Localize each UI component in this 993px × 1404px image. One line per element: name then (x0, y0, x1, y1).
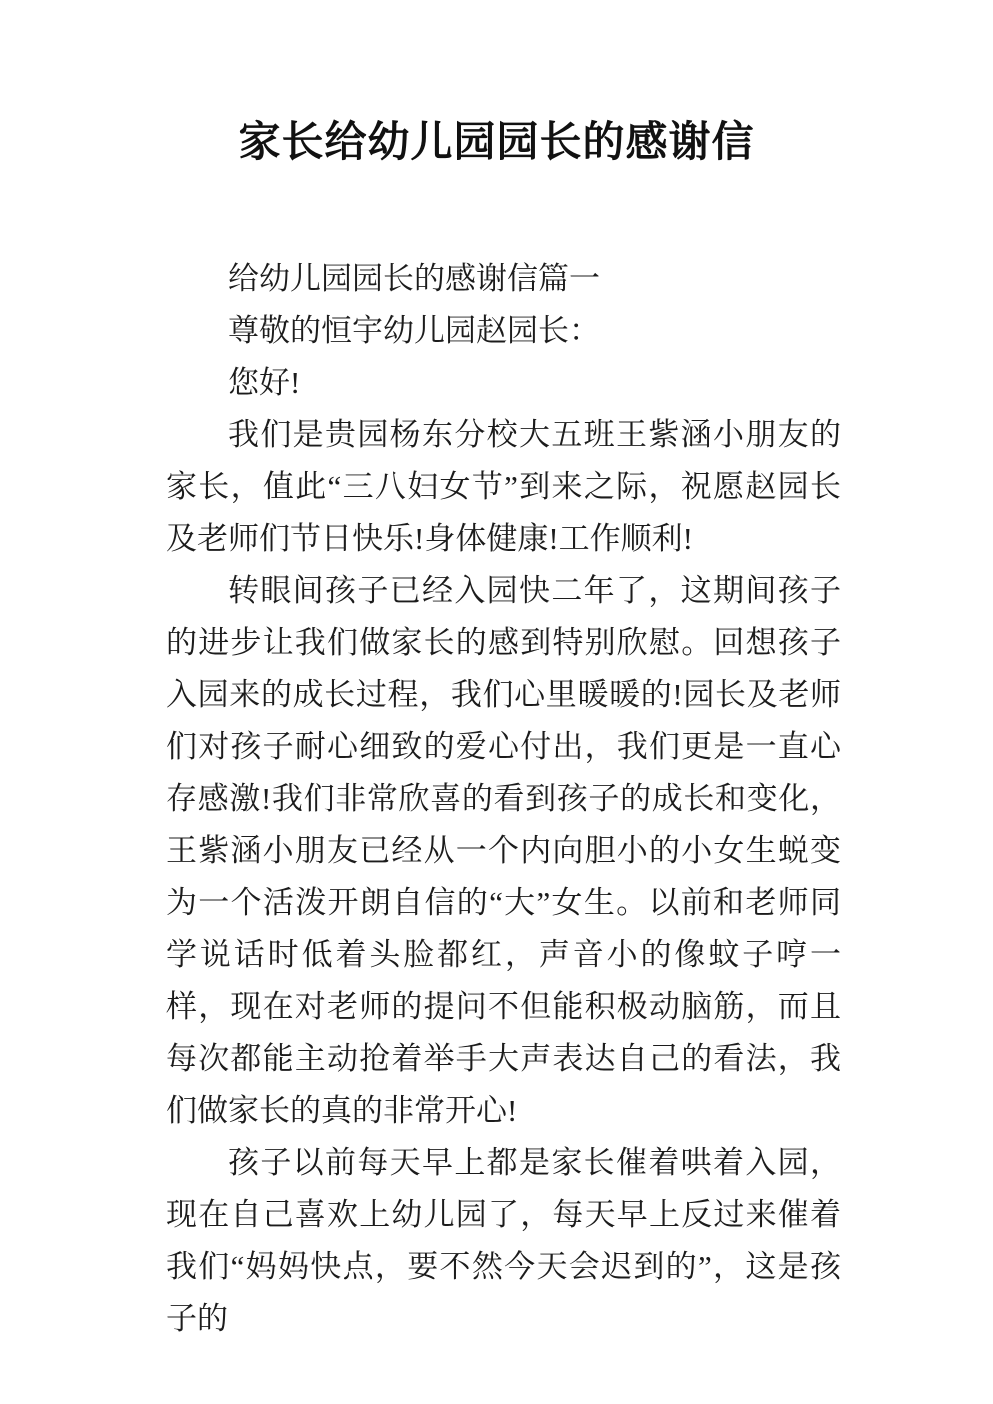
paragraph-body-3: 孩子以前每天早上都是家长催着哄着入园，现在自己喜欢上幼儿园了，每天早上反过来催着… (166, 1137, 841, 1345)
document-body: 给幼儿园园长的感谢信篇一 尊敬的恒宇幼儿园赵园长： 您好! 我们是贵园杨东分校大… (166, 253, 841, 1345)
paragraph-section-heading: 给幼儿园园长的感谢信篇一 (166, 253, 841, 305)
document-title: 家长给幼儿园园长的感谢信 (0, 0, 993, 168)
paragraph-body-2: 转眼间孩子已经入园快二年了，这期间孩子的进步让我们做家长的感到特别欣慰。回想孩子… (166, 565, 841, 1137)
paragraph-body-1: 我们是贵园杨东分校大五班王紫涵小朋友的家长，值此“三八妇女节”到来之际，祝愿赵园… (166, 409, 841, 565)
paragraph-salutation: 尊敬的恒宇幼儿园赵园长： (166, 305, 841, 357)
paragraph-greeting: 您好! (166, 357, 841, 409)
document-page: 家长给幼儿园园长的感谢信 给幼儿园园长的感谢信篇一 尊敬的恒宇幼儿园赵园长： 您… (0, 0, 993, 1404)
